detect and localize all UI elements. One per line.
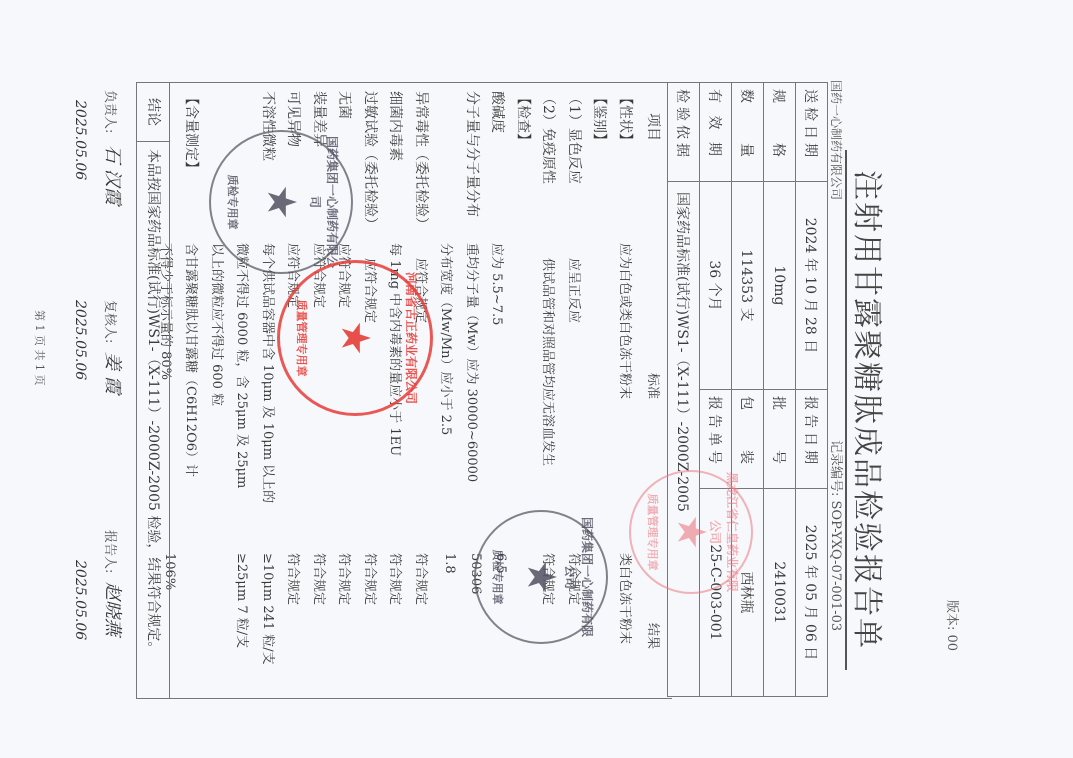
- company-name: 国药一心制药有限公司: [828, 80, 845, 200]
- stamp-subtext: 质检专用章: [490, 512, 506, 642]
- version-label: 版本: 00: [944, 600, 963, 651]
- item-result: 类白色冻干粉末: [617, 553, 636, 644]
- info-value: 2025 年 05 月 06 日: [796, 489, 828, 697]
- item-result: ≥10μm 241 粒/支: [260, 553, 279, 665]
- item-result: 符合规定: [311, 553, 330, 605]
- basis-value: 国家药品标准(试行)WS1-（X-111）-2000Z-2005: [668, 182, 700, 697]
- item-name: 无菌: [336, 91, 356, 119]
- item-result: 符合规定: [337, 553, 356, 605]
- item-result: 符合规定: [286, 553, 305, 605]
- stamp-text: 河南省古正药业有限公司: [403, 263, 420, 413]
- column-header-item: 项目: [644, 113, 664, 141]
- star-icon: ★: [335, 320, 375, 356]
- item-standard: 分布宽度（Mw/Mn）应小于 2.5: [439, 243, 458, 435]
- stamp-subtext: 质量管理专用章: [645, 472, 661, 592]
- column-header-standard: 标准: [645, 373, 664, 399]
- item-standard: 应呈正反应: [566, 258, 585, 323]
- column-header-result: 结果: [645, 623, 664, 649]
- item-result: 符合规定: [362, 553, 381, 605]
- item-standard: 重均分子量（Mw）应为 30000~60000: [464, 243, 483, 482]
- henan-gzy-stamp: 河南省古正药业有限公司 ★ 质量管理专用章: [277, 260, 433, 416]
- page-number: 第 1 页 共 1 页: [32, 310, 48, 385]
- info-label: 数 量: [732, 83, 764, 182]
- reporter-label: 报告人:: [102, 530, 121, 573]
- stamp-text: 黑龙江省仁皇药业有限公司: [707, 472, 741, 592]
- info-table: 送检日期 2024 年 10 月 28 日 报告日期 2025 年 05 月 0…: [667, 82, 828, 697]
- basis-row: 检验依据 国家药品标准(试行)WS1-（X-111）-2000Z-2005: [668, 83, 700, 697]
- reviewer-label: 复核人:: [102, 300, 121, 343]
- info-label: 规 格: [764, 83, 796, 182]
- heilongjiang-stamp: 黑龙江省仁皇药业有限公司 ★ 质量管理专用章: [629, 470, 753, 594]
- stamp-text: 国药集团一心制药有限公司: [307, 132, 341, 272]
- reporter-date: 2025.05.06: [72, 560, 88, 640]
- item-result: ≥25μm 7 粒/支: [235, 553, 254, 648]
- item-standard: 应为白色或类白色冻干粉末: [617, 243, 636, 399]
- info-value: 2410031: [764, 489, 796, 697]
- item-name: 过敏试验（委托检验）: [361, 91, 381, 231]
- info-row: 有 效 期 36 个月 报告单号 25-C-003-001: [700, 83, 732, 697]
- stamp-subtext: 质检专用章: [225, 132, 241, 272]
- item-name: 【检查】: [514, 91, 534, 147]
- item-name: （2）免疫原性: [540, 91, 560, 184]
- info-label: 报告日期: [796, 390, 828, 489]
- info-row: 送检日期 2024 年 10 月 28 日 报告日期 2025 年 05 月 0…: [796, 83, 828, 697]
- conclusion-text: 本品按国家药品标准(试行)WS1-（X-111）-2000Z-2005 检验，结…: [137, 149, 169, 655]
- responsible-label: 负责人:: [102, 90, 121, 133]
- company-qc-stamp: 国药集团一心制药有限公司 ★ 质检专用章: [209, 130, 353, 274]
- item-result: 符合规定: [413, 553, 432, 605]
- report-title: 注射用甘露聚糖肽成品检验报告单: [845, 150, 885, 670]
- item-result: 1.8: [443, 553, 458, 574]
- responsible-signature: 石 汉霞: [101, 145, 127, 205]
- inspection-report-page: 版本: 00 注射用甘露聚糖肽成品检验报告单 记录编号: SOP-YXQ-07-…: [0, 0, 1073, 758]
- item-name: 【鉴别】: [591, 91, 611, 147]
- conclusion-row: 结论 本品按国家药品标准(试行)WS1-（X-111）-2000Z-2005 检…: [136, 82, 170, 699]
- reviewer-signature: 姜 霞: [101, 352, 127, 394]
- info-label: 有 效 期: [700, 83, 732, 182]
- conclusion-label: 结论: [137, 83, 169, 142]
- item-standard: 含甘露聚糖肽以甘露糖（C6H12O6）计: [184, 243, 203, 477]
- stamp-subtext: 质量管理专用章: [294, 263, 310, 413]
- reporter-signature: 赵晓燕: [101, 582, 127, 636]
- reviewer-date: 2025.05.06: [72, 300, 88, 380]
- info-row: 数 量 114353 支 包 装 西林瓶: [732, 83, 764, 697]
- item-standard: 每个供试品容器中含 10μm 及 10μm 以上的: [260, 243, 279, 503]
- item-name: 【性状】: [616, 91, 636, 147]
- star-icon: ★: [261, 184, 301, 220]
- info-value: 36 个月: [700, 182, 732, 390]
- item-name: 【含量测定】: [183, 91, 203, 175]
- item-name: （1）显色反应: [565, 91, 585, 184]
- info-value: 114353 支: [732, 182, 764, 390]
- record-number: 记录编号: SOP-YXQ-07-001-03: [828, 440, 847, 631]
- info-value: 10mg: [764, 182, 796, 390]
- info-row: 规 格 10mg 批 号 2410031: [764, 83, 796, 697]
- item-standard: 供试品管和对照品管均应无溶血发生: [541, 258, 560, 466]
- info-value: 2024 年 10 月 28 日: [796, 182, 828, 390]
- info-label: 批 号: [764, 390, 796, 489]
- item-standard: 应为 5.5~7.5: [490, 243, 509, 325]
- item-name: 分子量与分子量分布: [463, 91, 483, 217]
- info-label: 送检日期: [796, 83, 828, 182]
- second-qc-stamp: 国药集团一心制药有限公司 ★ 质检专用章: [474, 510, 608, 644]
- responsible-date: 2025.05.06: [72, 100, 88, 180]
- item-name: 酸碱度: [489, 91, 509, 133]
- item-name: 细菌内毒素: [387, 91, 407, 161]
- item-standard: 微粒不得过 6000 粒，含 25μm 及 25μm: [235, 243, 254, 488]
- star-icon: ★: [671, 514, 711, 550]
- star-icon: ★: [521, 559, 561, 595]
- stamp-text: 国药集团一心制药有限公司: [562, 512, 596, 642]
- basis-label: 检验依据: [668, 83, 700, 182]
- item-name: 异常毒性（委托检验）: [412, 91, 432, 231]
- item-result: 符合规定: [388, 553, 407, 605]
